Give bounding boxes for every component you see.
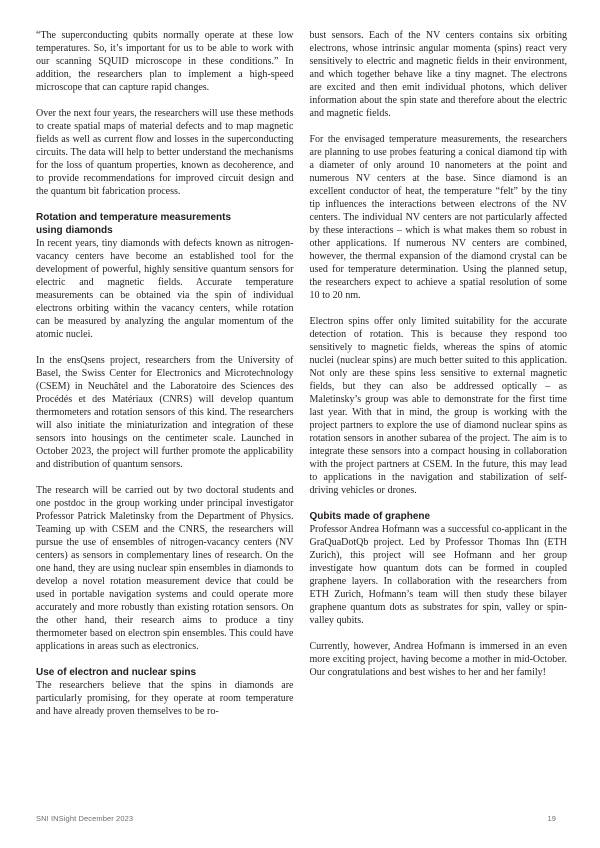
paragraph: For the envisaged temperature measuremen… <box>310 133 568 302</box>
section-heading: Rotation and temperature measurements us… <box>36 211 294 237</box>
section-heading: Use of electron and nuclear spins <box>36 666 294 679</box>
paragraph: Over the next four years, the researcher… <box>36 107 294 198</box>
paragraph: bust sensors. Each of the NV centers con… <box>310 29 568 120</box>
paragraph: Currently, however, Andrea Hofmann is im… <box>310 640 568 679</box>
paragraph: Professor Andrea Hofmann was a successfu… <box>310 523 568 627</box>
column-right: bust sensors. Each of the NV centers con… <box>310 29 568 731</box>
paragraph: The researchers believe that the spins i… <box>36 679 294 718</box>
paragraph: The research will be carried out by two … <box>36 484 294 653</box>
column-left: “The superconducting qubits normally ope… <box>36 29 294 731</box>
footer-page-number: 19 <box>547 814 556 823</box>
section-heading: Qubits made of graphene <box>310 510 568 523</box>
footer-journal-label: SNI INSight December 2023 <box>36 814 133 823</box>
paragraph: In the ensQsens project, researchers fro… <box>36 354 294 471</box>
article-body: “The superconducting qubits normally ope… <box>36 29 567 731</box>
paragraph: “The superconducting qubits normally ope… <box>36 29 294 94</box>
paragraph: In recent years, tiny diamonds with defe… <box>36 237 294 341</box>
paragraph: Electron spins offer only limited suitab… <box>310 315 568 497</box>
document-page: “The superconducting qubits normally ope… <box>0 0 600 848</box>
page-footer: SNI INSight December 2023 19 <box>36 814 556 823</box>
